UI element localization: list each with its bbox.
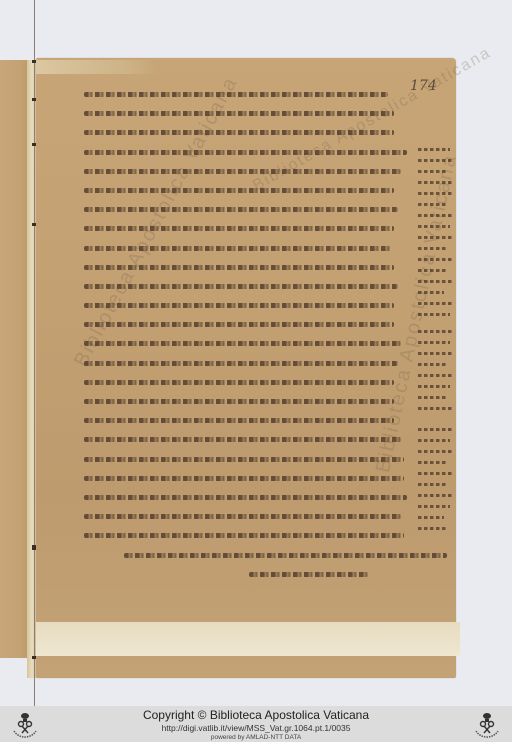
text-line [84,380,394,385]
text-line [84,361,398,366]
page-repair-tape [36,60,154,74]
text-line [84,284,398,289]
vatican-library-crest-icon [472,709,502,739]
text-line [84,341,401,346]
text-line [84,207,398,212]
text-line [84,188,394,193]
text-line [84,476,404,481]
text-line [84,418,394,423]
text-line [84,399,394,404]
text-line [84,226,394,231]
text-line [124,553,447,558]
text-line [84,437,401,442]
text-line [84,92,388,97]
marginal-annotations [418,148,458,538]
text-line [84,514,401,519]
page-bottom-mount [36,622,460,656]
manuscript-text-block [84,92,414,591]
text-line [84,111,394,116]
text-line [84,457,404,462]
text-line [84,303,394,308]
copyright-text: Copyright © Biblioteca Apostolica Vatica… [0,708,512,722]
text-line [84,130,394,135]
text-line [84,150,407,155]
gutter-line [34,0,35,706]
text-line [84,246,391,251]
manuscript-url: http://digi.vatlib.it/view/MSS_Vat.gr.10… [0,723,512,733]
powered-by-text: powered by AMLAD-NTT DATA [0,734,512,741]
copyright-footer: Copyright © Biblioteca Apostolica Vatica… [0,706,512,742]
text-line [84,322,394,327]
text-line [84,169,401,174]
manuscript-scan: 174 Biblioteca Apostolica Vaticana Bibli… [0,0,512,706]
text-line [84,265,394,270]
text-line [84,533,404,538]
text-line [84,495,407,500]
text-line [249,572,368,577]
